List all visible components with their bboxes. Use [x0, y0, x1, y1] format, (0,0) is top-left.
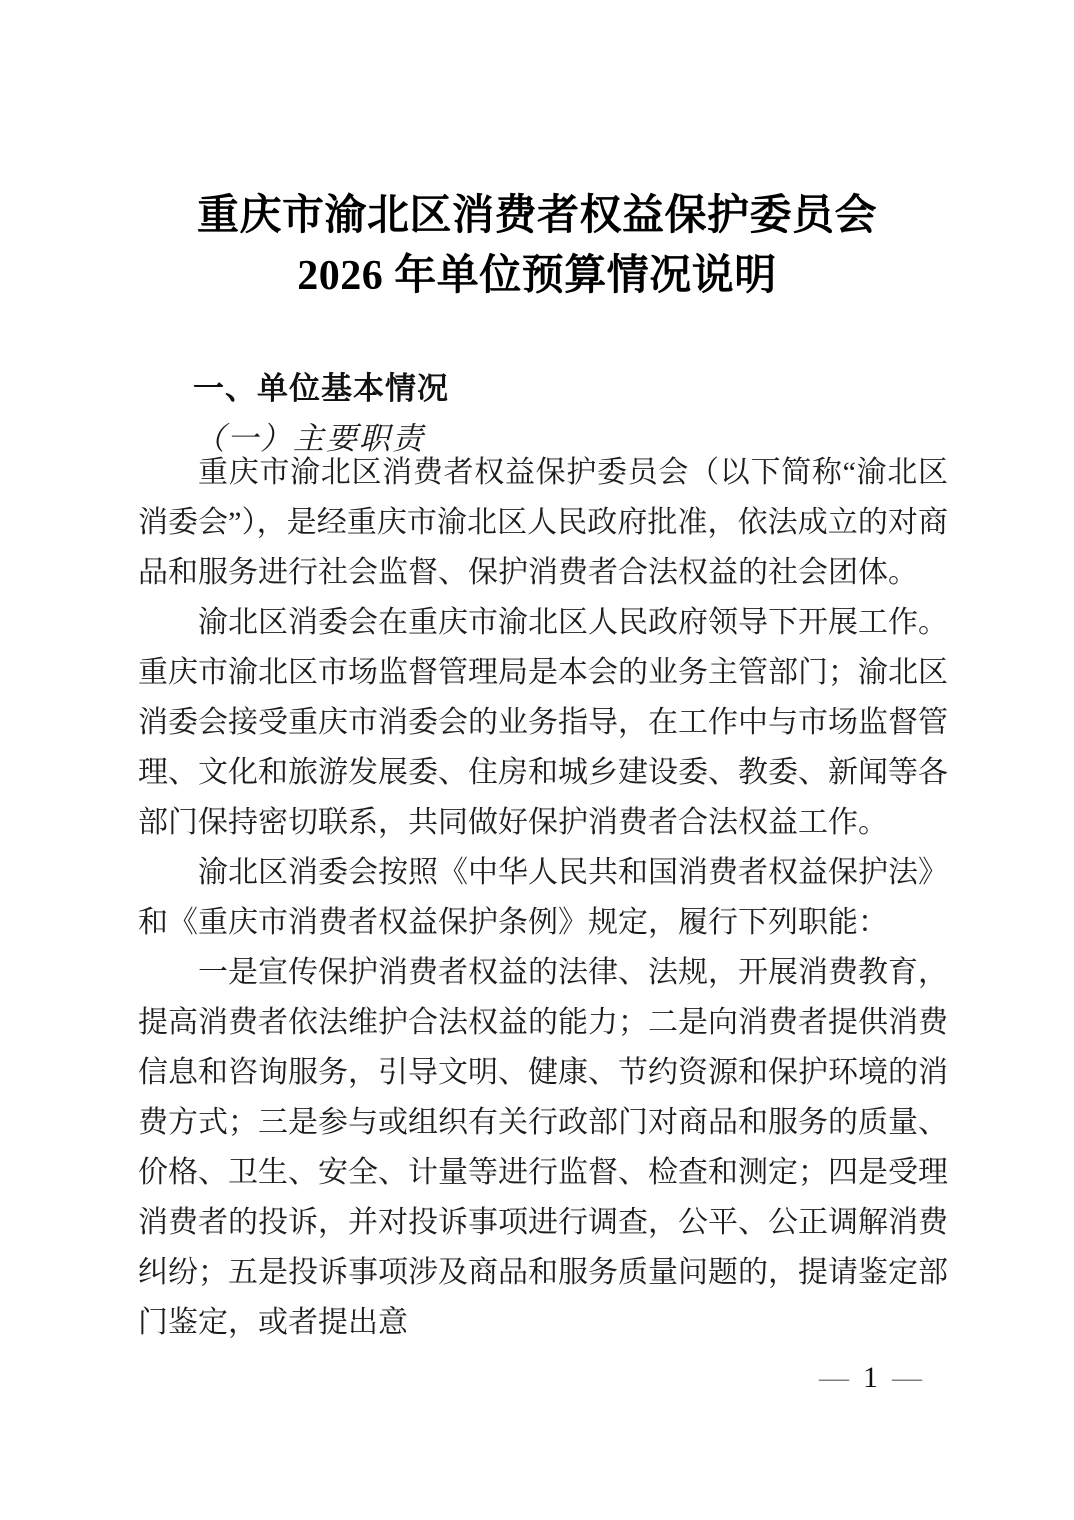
page-number-footer: —1—	[138, 1358, 948, 1398]
footer-dash-right: —	[892, 1361, 922, 1394]
paragraph: 重庆市渝北区消费者权益保护委员会（以下简称“渝北区消委会”），是经重庆市渝北区人…	[138, 448, 948, 598]
paragraph: 渝北区消委会在重庆市渝北区人民政府领导下开展工作。重庆市渝北区市场监督管理局是本…	[138, 598, 948, 848]
document-body: 重庆市渝北区消费者权益保护委员会（以下简称“渝北区消委会”），是经重庆市渝北区人…	[138, 448, 948, 1348]
page-number: 1	[849, 1361, 892, 1394]
section-heading: 一、单位基本情况	[138, 364, 948, 414]
footer-dash-left: —	[819, 1361, 849, 1394]
document-page: 重庆市渝北区消费者权益保护委员会 2026 年单位预算情况说明 一、单位基本情况…	[0, 0, 1074, 1520]
document-title-line2: 2026 年单位预算情况说明	[132, 246, 942, 306]
document-title-line1: 重庆市渝北区消费者权益保护委员会	[132, 186, 942, 246]
paragraph: 渝北区消委会按照《中华人民共和国消费者权益保护法》和《重庆市消费者权益保护条例》…	[138, 848, 948, 948]
document-title: 重庆市渝北区消费者权益保护委员会 2026 年单位预算情况说明	[132, 186, 942, 306]
paragraph: 一是宣传保护消费者权益的法律、法规，开展消费教育，提高消费者依法维护合法权益的能…	[138, 948, 948, 1348]
